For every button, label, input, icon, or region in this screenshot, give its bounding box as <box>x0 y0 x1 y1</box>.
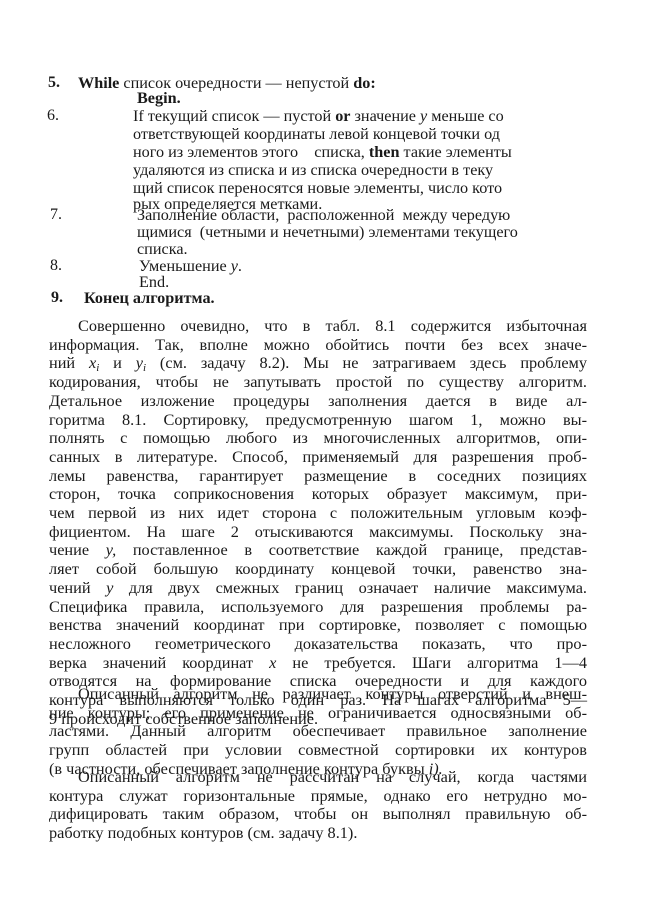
step-6-line-2: ответствующей координаты левой концевой … <box>133 125 500 143</box>
step-5: While список очередности — непустой do: <box>78 74 376 92</box>
step-number-9: 9. <box>51 289 63 307</box>
step-9: Конец алгоритма. <box>84 289 215 307</box>
keyword-then: then <box>369 143 400 161</box>
step-6-line-1: If текущий список — пустой or значение y… <box>133 107 504 125</box>
step-number-5: 5. <box>48 74 60 92</box>
step-number-6: 6. <box>47 107 59 125</box>
step-7-line-2: щимися (четными и нечетными) элементами … <box>137 223 518 241</box>
keyword-if: If <box>133 107 144 125</box>
keyword-do: do: <box>353 74 376 92</box>
paragraph-1: Совершенно очевидно, что в табл. 8.1 сод… <box>49 317 587 728</box>
step-7-line-3: списка. <box>137 240 188 258</box>
keyword-while: While <box>78 74 119 92</box>
step-7-line-1: Заполнение области, расположенной между … <box>137 206 510 224</box>
paragraph-3: Описанный алгоритм не рассчитан на случа… <box>49 768 587 843</box>
begin-keyword: Begin. <box>137 89 181 107</box>
step-number-8: 8. <box>50 257 62 275</box>
keyword-or: or <box>335 107 350 125</box>
paragraph-2: Описанный алгоритм не различает контуры … <box>49 685 587 779</box>
step-6-line-4: удаляются из списка и из списка очередно… <box>133 161 493 179</box>
step-6-line-3: ного из элементов этого списка, then так… <box>133 143 512 161</box>
step-number-7: 7. <box>50 206 62 224</box>
line-with-xi-yi: ний xi и yi (см. задачу 8.2). Мы не затр… <box>49 354 587 373</box>
